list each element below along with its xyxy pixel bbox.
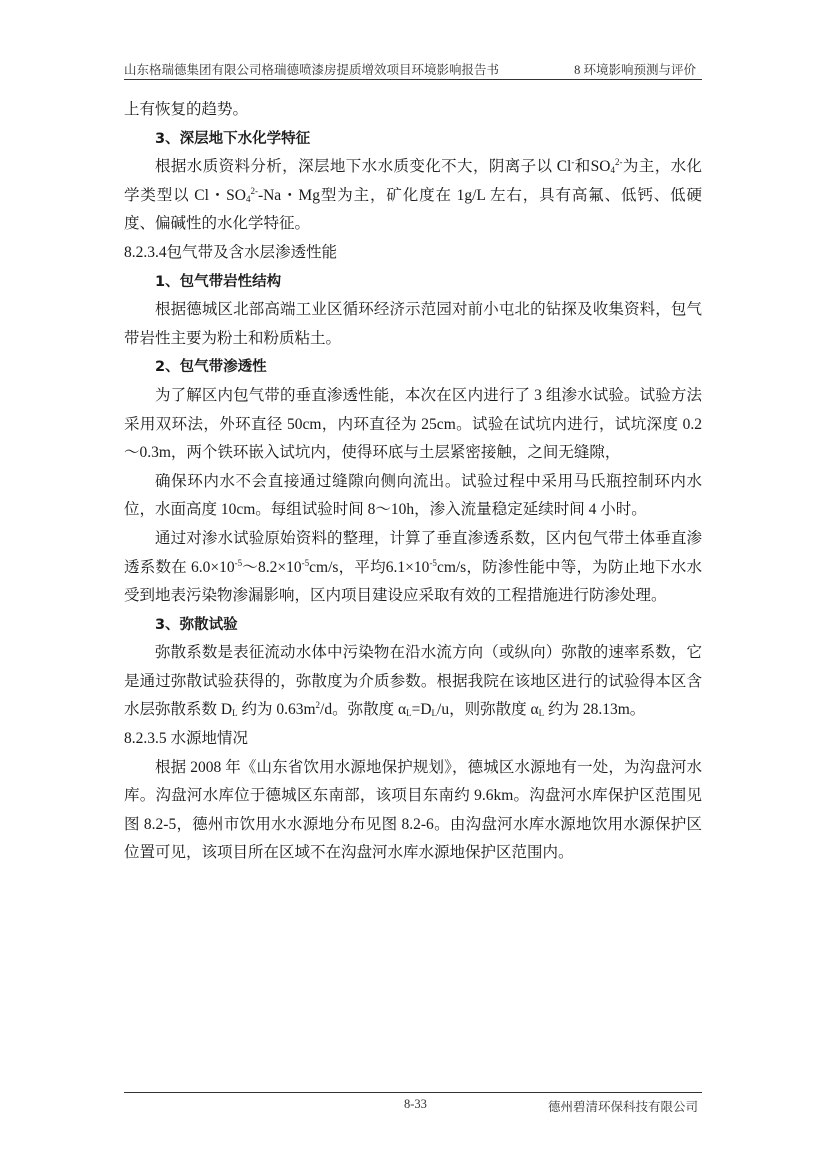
header-report-title: 山东格瑞德集团有限公司格瑞德喷漆房提质增效项目环境影响报告书 (124, 60, 499, 78)
heading-vadose-permeability: 2、包气带渗透性 (124, 353, 702, 382)
heading-dispersion-test: 3、弥散试验 (124, 611, 702, 640)
section-heading-8-2-3-5: 8.2.3.5 水源地情况 (124, 725, 702, 754)
footer-company: 德州碧清环保科技有限公司 (548, 1097, 698, 1115)
paragraph-permeability-result: 通过对渗水试验原始资料的整理，计算了垂直渗透系数，区内包气带土体垂直渗透系数在 … (124, 525, 702, 611)
paragraph-dispersion: 弥散系数是表征流动水体中污染物在沿水流方向（或纵向）弥散的速率系数，它是通过弥散… (124, 639, 702, 725)
page-number: 8-33 (404, 1097, 427, 1112)
page-footer: 8-33 德州碧清环保科技有限公司 (124, 1092, 702, 1117)
paragraph-vadose-lithology: 根据德城区北部高端工业区循环经济示范园对前小屯北的钻探及收集资料，包气带岩性主要… (124, 296, 702, 353)
paragraph-deep-groundwater: 根据水质资料分析，深层地下水水质变化不大，阴离子以 Cl-和SO42-为主，水化… (124, 153, 702, 239)
page-header: 山东格瑞德集团有限公司格瑞德喷漆房提质增效项目环境影响报告书 8 环境影响预测与… (124, 58, 702, 80)
header-chapter-title: 8 环境影响预测与评价 (574, 60, 696, 78)
heading-deep-groundwater-chemistry: 3、深层地下水化学特征 (124, 125, 702, 154)
section-heading-8-2-3-4: 8.2.3.4包气带及含水层渗透性能 (124, 239, 702, 268)
paragraph-permeability-procedure: 确保环内水不会直接通过缝隙向侧向流出。试验过程中采用马氏瓶控制环内水位，水面高度… (124, 468, 702, 525)
heading-vadose-lithology: 1、包气带岩性结构 (124, 268, 702, 297)
paragraph-water-source: 根据 2008 年《山东省饮用水源地保护规划》，德城区水源地有一处，为沟盘河水库… (124, 754, 702, 868)
paragraph-permeability-test: 为了解区内包气带的垂直渗透性能，本次在区内进行了 3 组渗水试验。试验方法采用双… (124, 382, 702, 468)
document-body: 上有恢复的趋势。 3、深层地下水化学特征 根据水质资料分析，深层地下水水质变化不… (124, 96, 702, 868)
paragraph-continuation: 上有恢复的趋势。 (124, 96, 702, 125)
